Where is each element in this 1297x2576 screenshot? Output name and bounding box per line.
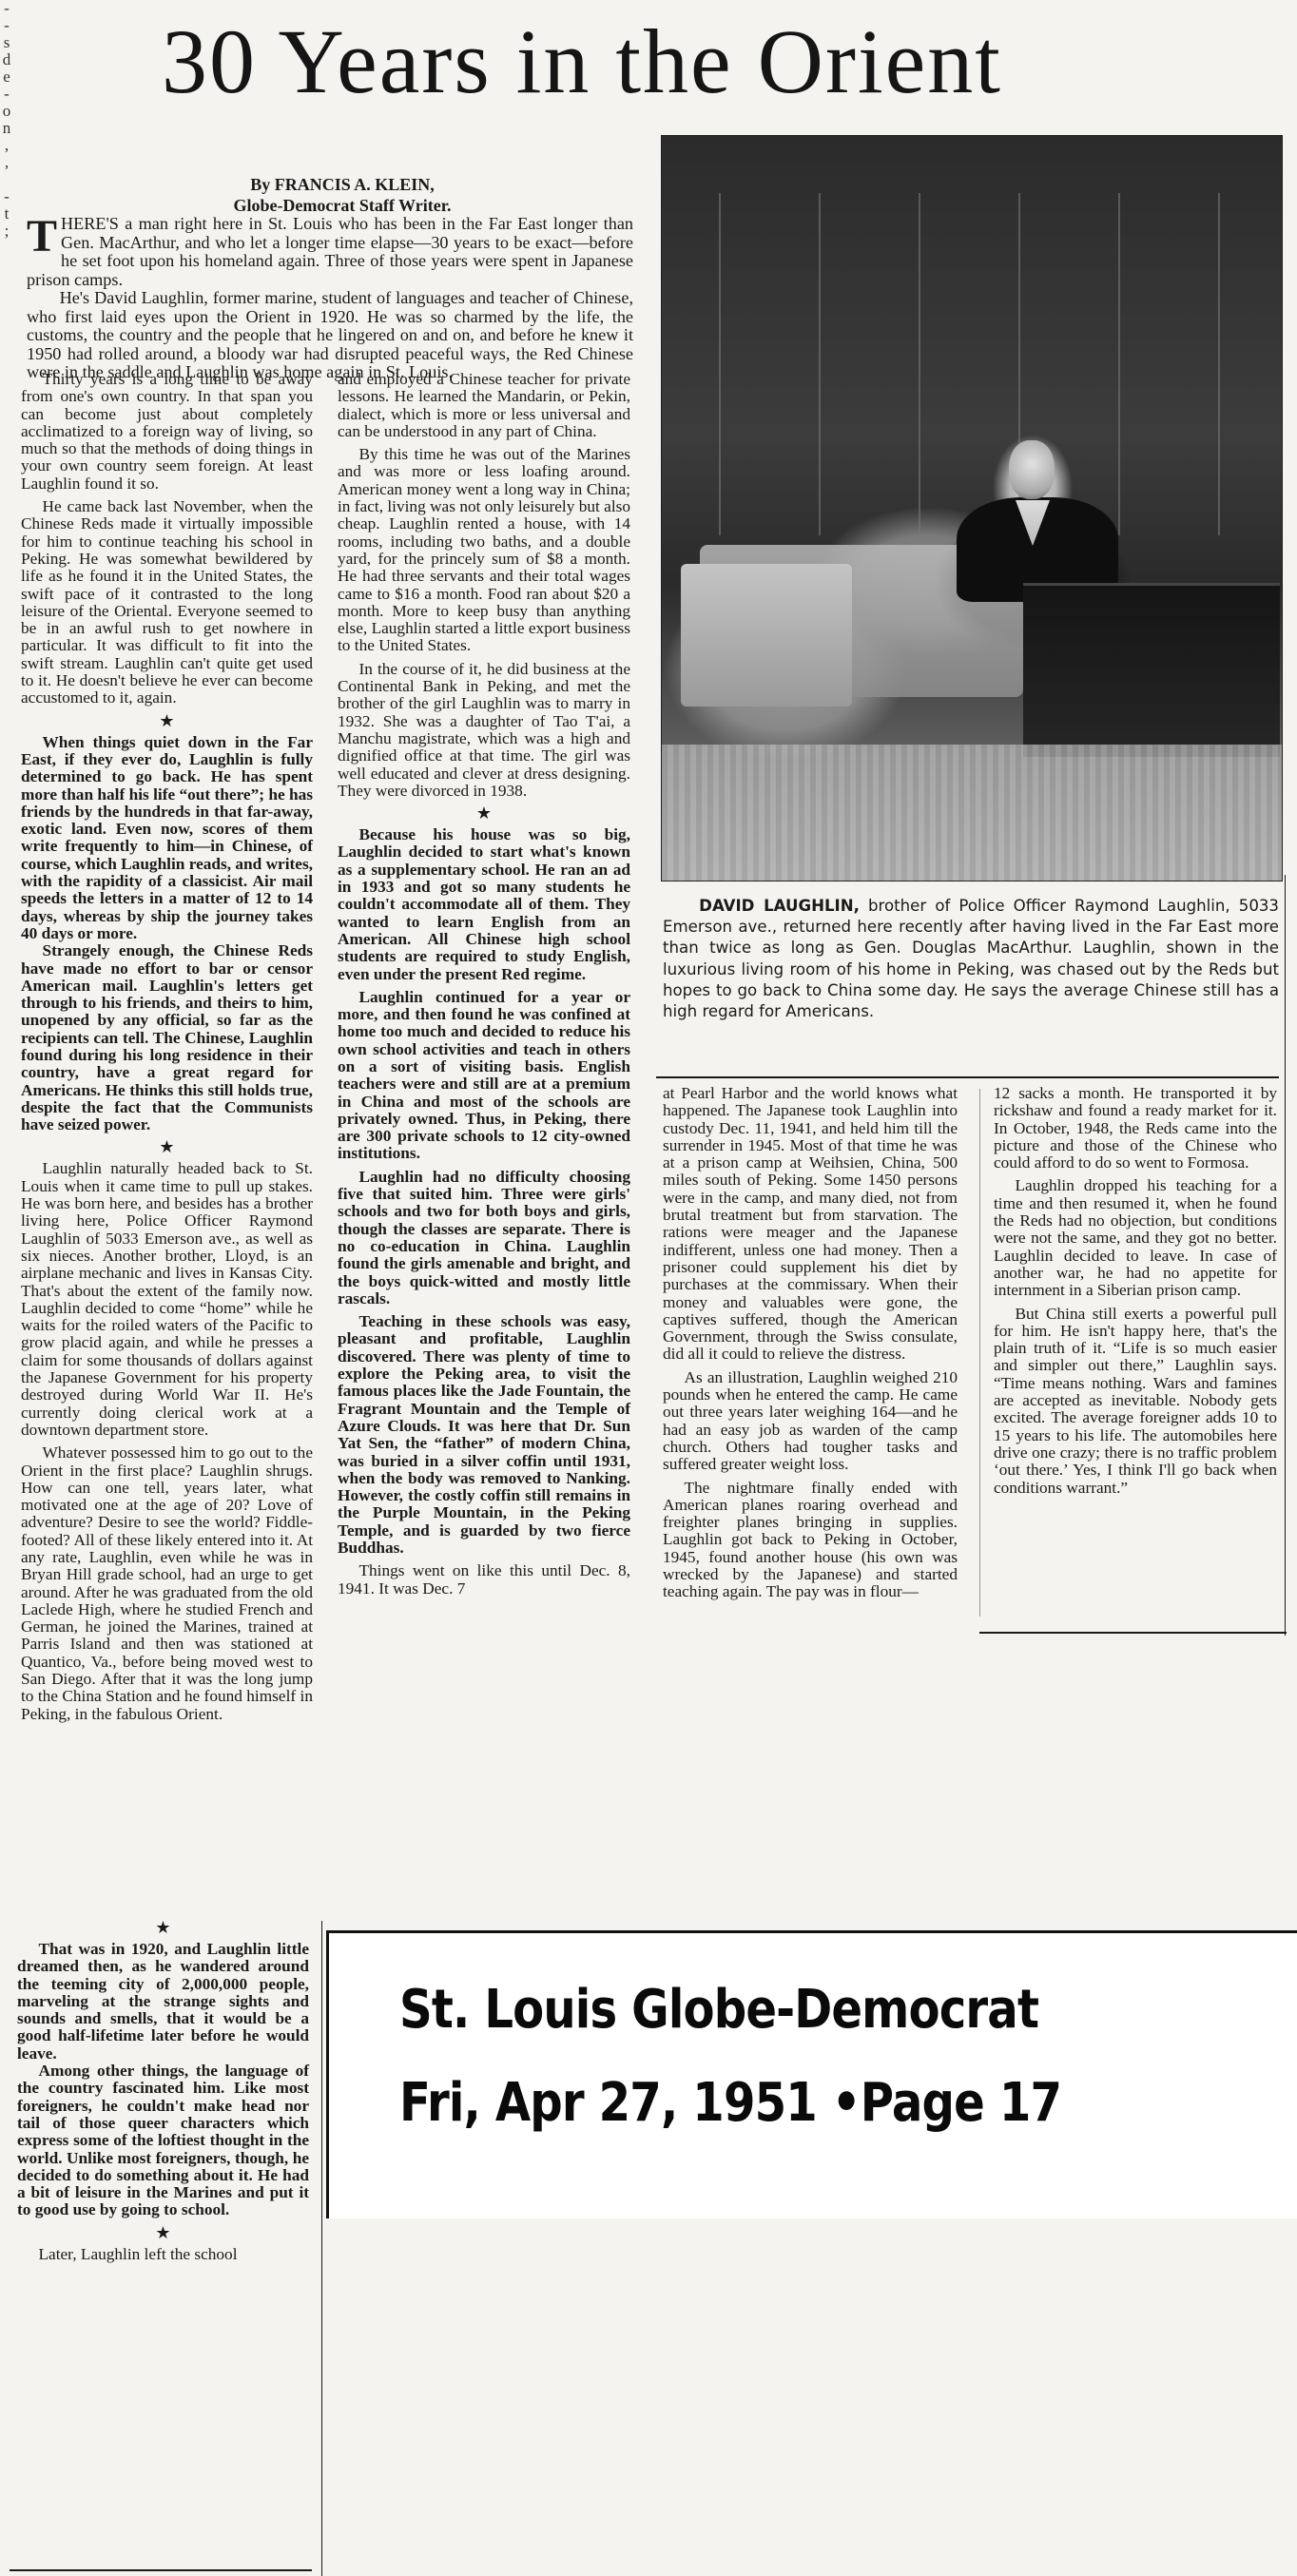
caption-name: DAVID LAUGHLIN,: [699, 897, 860, 915]
drop-cap: T: [27, 219, 57, 255]
column-end-rule: [10, 2569, 312, 2571]
byline: By FRANCIS A. KLEIN, Globe-Democrat Staf…: [190, 174, 494, 216]
paragraph: The nightmare finally ended with America…: [663, 1480, 958, 1601]
paragraph: He came back last November, when the Chi…: [21, 498, 313, 707]
star-separator-icon: ★: [17, 2222, 309, 2243]
article-column-2: and employed a Chinese teacher for priva…: [338, 371, 630, 1598]
star-separator-icon: ★: [17, 1917, 309, 1938]
article-column-3: at Pearl Harbor and the world knows what…: [663, 1085, 958, 1601]
headline: 30 Years in the Orient: [162, 10, 1160, 114]
article-column-1: Thirty years is a long time to be away f…: [21, 371, 313, 1723]
lede-paragraph-1: HERE'S a man right here in St. Louis who…: [27, 214, 633, 289]
paragraph: As an illustration, Laughlin weighed 210…: [663, 1369, 958, 1474]
star-separator-icon: ★: [21, 710, 313, 731]
person-face: [1009, 440, 1055, 499]
column-divider: [979, 1089, 980, 1617]
paragraph: That was in 1920, and Laughlin little dr…: [17, 1941, 309, 2063]
paragraph: Strangely enough, the Chinese Reds have …: [21, 942, 313, 1133]
paragraph: But China still exerts a powerful pull f…: [994, 1306, 1277, 1497]
carved-table: [1023, 583, 1280, 757]
paragraph: Among other things, the language of the …: [17, 2063, 309, 2219]
caption-rule: [656, 1076, 1279, 1078]
masthead: St. Louis Globe-Democrat Fri, Apr 27, 19…: [399, 1964, 1168, 2150]
armchair: [681, 564, 852, 707]
star-separator-icon: ★: [21, 1136, 313, 1157]
paragraph: Laughlin continued for a year or more, a…: [338, 989, 630, 1163]
paragraph: By this time he was out of the Marines a…: [338, 446, 630, 655]
paragraph: When things quiet down in the Far East, …: [21, 734, 313, 943]
rug: [662, 745, 1282, 881]
photo-david-laughlin: [661, 135, 1283, 881]
paragraph: Later, Laughlin left the school: [17, 2246, 309, 2263]
newspaper-name: St. Louis Globe-Democrat: [399, 1964, 1168, 2057]
paragraph: 12 sacks a month. He transported it by r…: [994, 1085, 1277, 1172]
paragraph: Thirty years is a long time to be away f…: [21, 371, 313, 493]
paragraph: Laughlin dropped his teaching for a time…: [994, 1177, 1277, 1299]
column-end-rule: [979, 1632, 1287, 1634]
paragraph: In the course of it, he did business at …: [338, 661, 630, 800]
article-column-4: 12 sacks a month. He transported it by r…: [994, 1085, 1277, 1497]
right-border: [1285, 875, 1286, 1636]
paragraph: at Pearl Harbor and the world knows what…: [663, 1085, 958, 1364]
paragraph: Laughlin naturally headed back to St. Lo…: [21, 1160, 313, 1439]
paragraph: Things went on like this until Dec. 8, 1…: [338, 1562, 630, 1598]
paragraph: and employed a Chinese teacher for priva…: [338, 371, 630, 440]
column-divider: [321, 1921, 322, 2576]
byline-author: By FRANCIS A. KLEIN,: [190, 174, 494, 195]
paragraph: Teaching in these schools was easy, plea…: [338, 1313, 630, 1557]
article-lede: THERE'S a man right here in St. Louis wh…: [27, 215, 633, 382]
photo-caption: DAVID LAUGHLIN, brother of Police Office…: [663, 896, 1279, 1022]
issue-dateline: Fri, Apr 27, 1951 •Page 17: [399, 2057, 1168, 2150]
paragraph: Laughlin had no difficulty choosing five…: [338, 1169, 630, 1307]
caption-text: brother of Police Officer Raymond Laughl…: [663, 897, 1279, 1020]
paragraph: Because his house was so big, Laughlin d…: [338, 826, 630, 983]
article-column-1-continued: ★ That was in 1920, and Laughlin little …: [17, 1914, 309, 2263]
star-separator-icon: ★: [338, 803, 630, 823]
adjacent-column-fragment: - - s d e - o n , , - t ;: [0, 0, 13, 304]
paragraph: Whatever possessed him to go out to the …: [21, 1444, 313, 1723]
byline-title: Globe-Democrat Staff Writer.: [190, 195, 494, 216]
lede-paragraph-2: He's David Laughlin, former marine, stud…: [27, 289, 633, 382]
